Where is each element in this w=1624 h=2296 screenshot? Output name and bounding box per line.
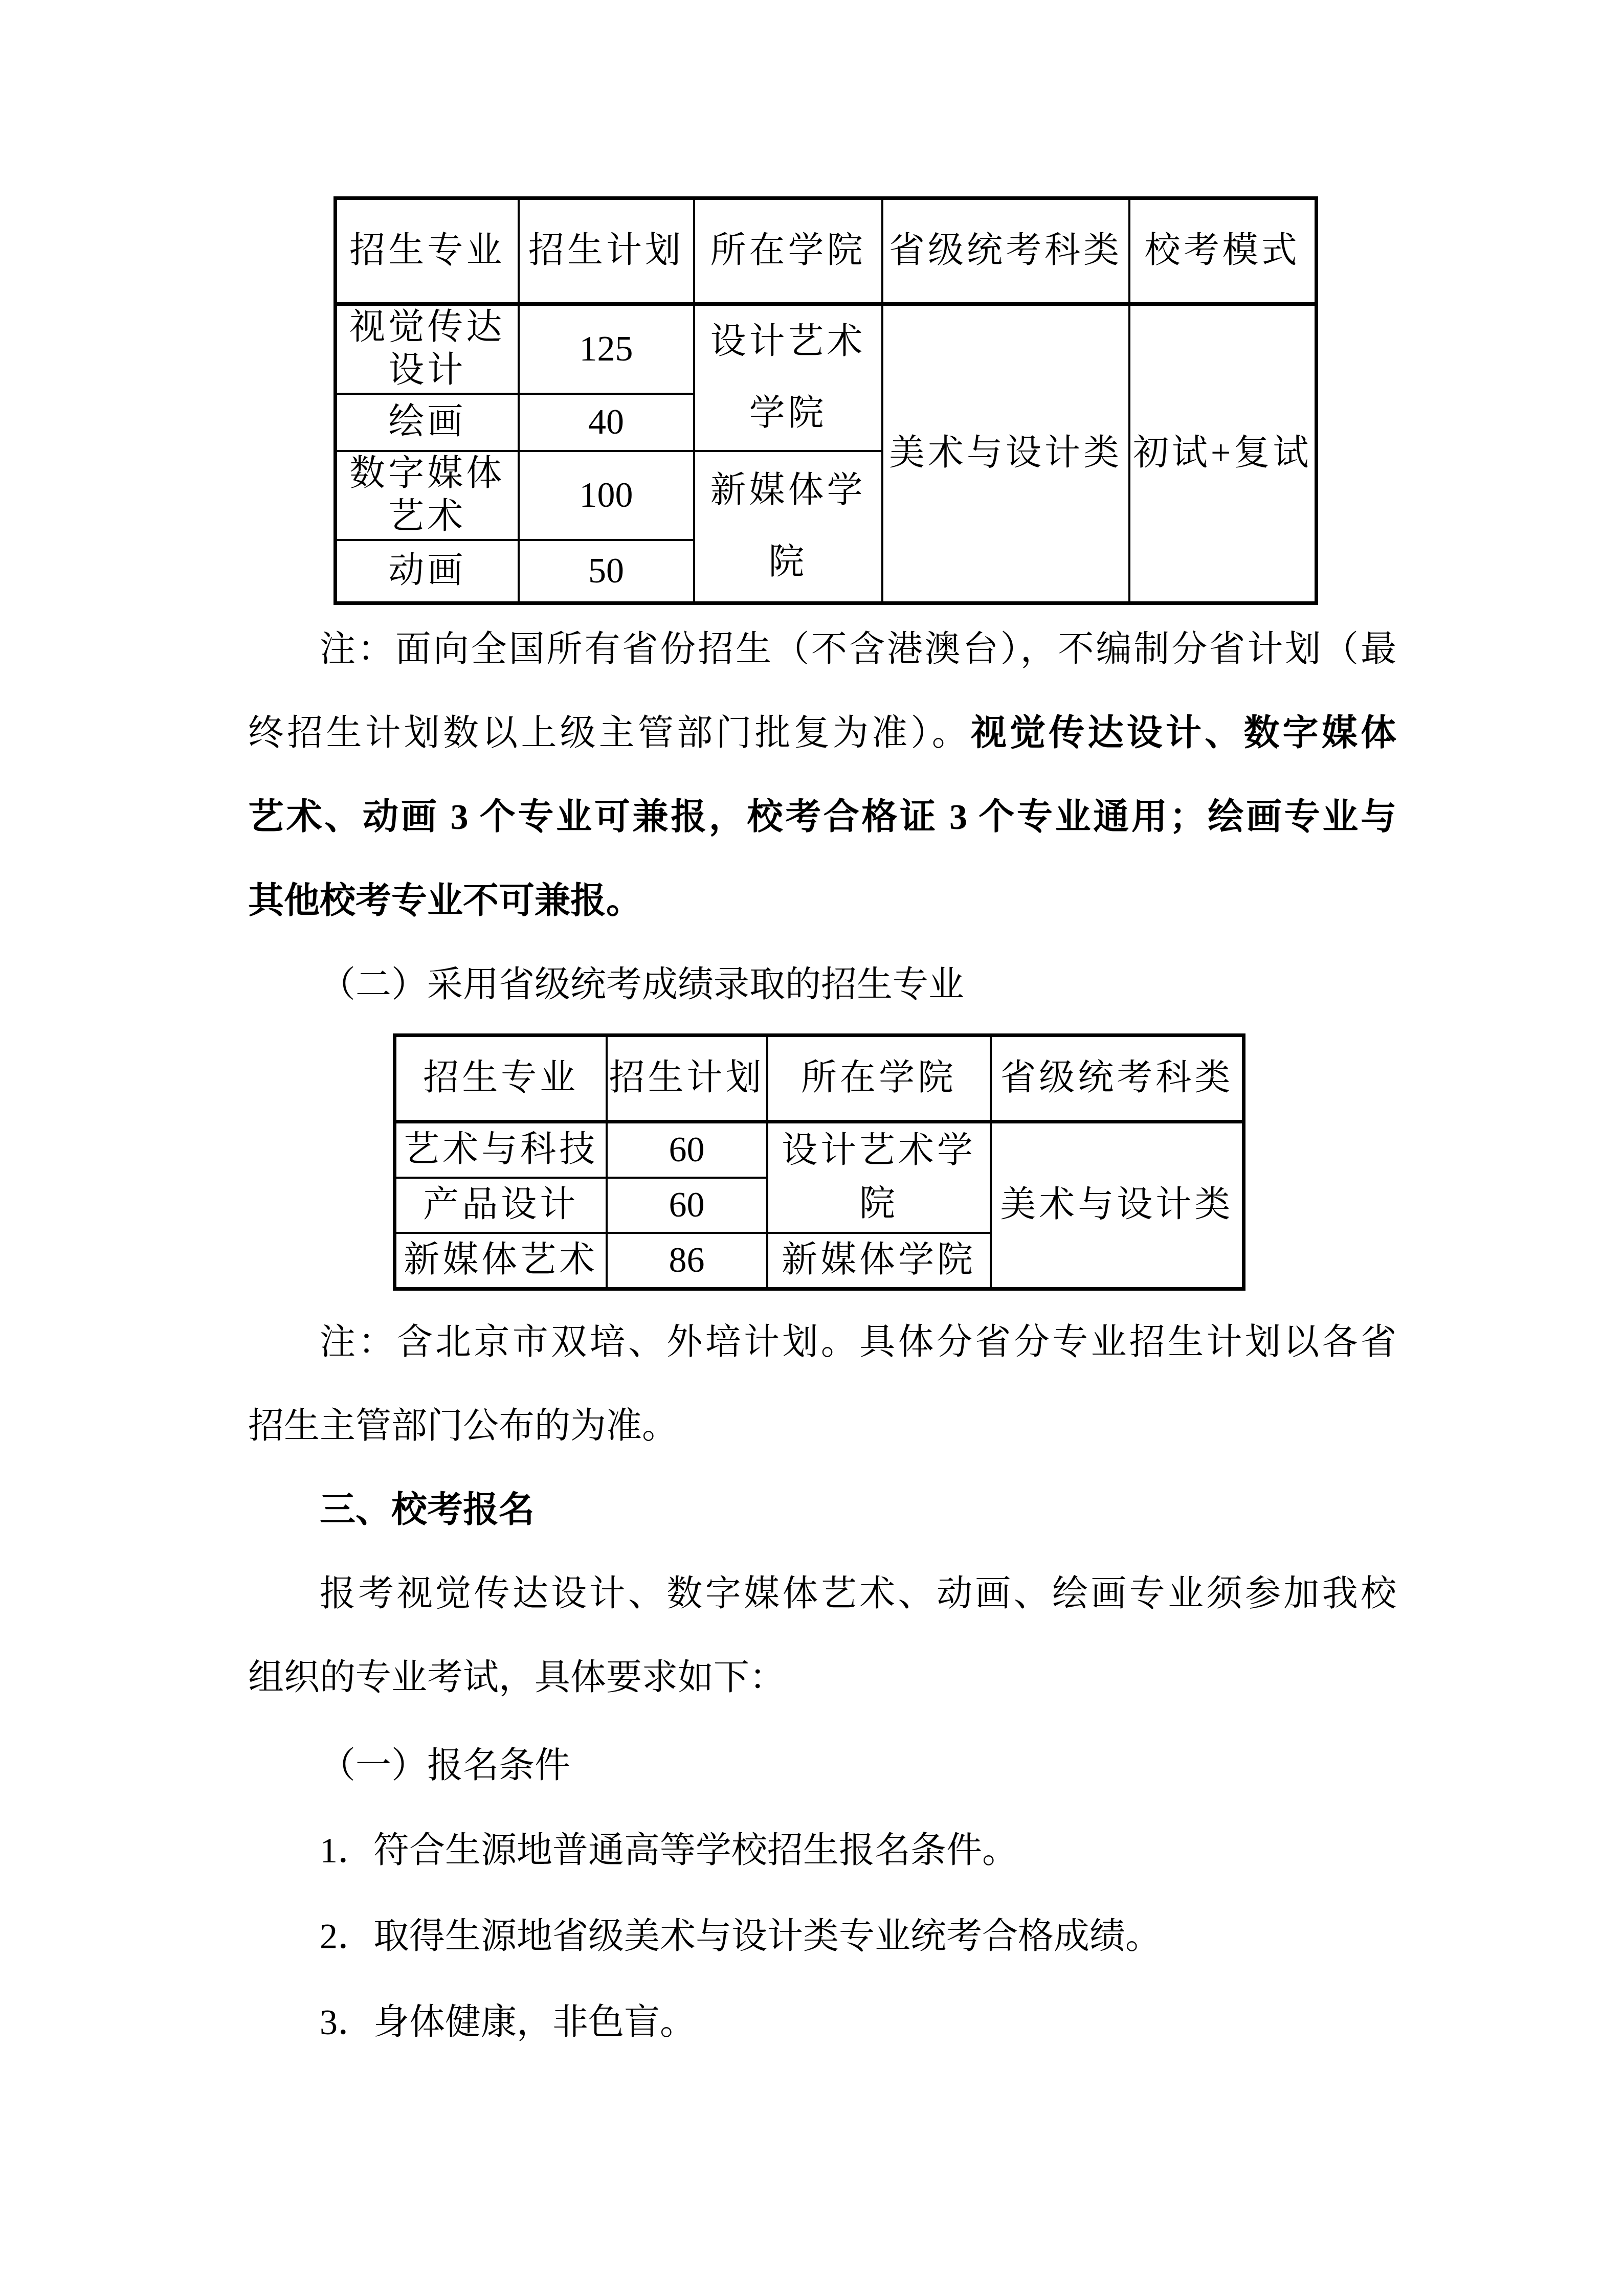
header-college: 所在学院 xyxy=(694,198,882,304)
note-campus-exam: 注：面向全国所有省份招生（不含港澳台），不编制分省计划（最终招生计划数以上级主管… xyxy=(248,608,1396,943)
text-line: 注：含北京市双培、外培计划。具体分省分专业招生计划以各省 xyxy=(248,1301,1396,1385)
text-segment: 2．取得生源地省级美术与设计类专业统考合格成绩。 xyxy=(320,1917,1161,1956)
text-line: 1．符合生源地普通高等学校招生报名条件。 xyxy=(248,1808,1396,1894)
header-college: 所在学院 xyxy=(767,1036,991,1122)
text-line: 注：面向全国所有省份招生（不含港澳台），不编制分省计划（最 xyxy=(248,608,1396,692)
bold-text-segment: 其他校考专业不可兼报。 xyxy=(248,882,642,921)
text-segment: 组织的专业考试，具体要求如下： xyxy=(248,1658,785,1698)
cell-major: 数字媒体艺术 xyxy=(336,451,519,540)
text-line: 终招生计划数以上级主管部门批复为准）。视觉传达设计、数字媒体 xyxy=(248,692,1396,776)
cell-plan: 100 xyxy=(519,451,694,540)
text-line: 组织的专业考试，具体要求如下： xyxy=(248,1636,1396,1720)
document-content: 招生专业 招生计划 所在学院 省级统考科类 校考模式 视觉传达设计 125 设计… xyxy=(0,0,1624,2066)
header-plan: 招生计划 xyxy=(519,198,694,304)
cell-major: 新媒体艺术 xyxy=(395,1233,607,1289)
text-line: 艺术、动画 3 个专业可兼报，校考合格证 3 个专业通用；绘画专业与 xyxy=(248,776,1396,860)
cell-major: 动画 xyxy=(336,540,519,603)
cell-college: 新媒体学院 xyxy=(767,1233,991,1289)
cell-major: 艺术与科技 xyxy=(395,1122,607,1178)
header-provincial-exam-category: 省级统考科类 xyxy=(882,198,1129,304)
cell-exam-category: 美术与设计类 xyxy=(991,1122,1244,1289)
header-provincial-exam-category: 省级统考科类 xyxy=(991,1036,1244,1122)
text-segment: 注：面向全国所有省份招生（不含港澳台），不编制分省计划（最 xyxy=(320,630,1396,669)
header-plan: 招生计划 xyxy=(607,1036,767,1122)
provincial-exam-majors-table: 招生专业 招生计划 所在学院 省级统考科类 艺术与科技 60 设计艺术学院 美术… xyxy=(393,1033,1245,1291)
bold-text-segment: 艺术、动画 3 个专业可兼报，校考合格证 3 个专业通用；绘画专业与 xyxy=(248,798,1396,837)
note-provincial-exam: 注：含北京市双培、外培计划。具体分省分专业招生计划以各省招生主管部门公布的为准。 xyxy=(248,1301,1396,1469)
text-line: 3．身体健康，非色盲。 xyxy=(248,1980,1396,2066)
cell-college: 设计艺术学院 xyxy=(694,304,882,452)
header-major: 招生专业 xyxy=(395,1036,607,1122)
text-segment: 1．符合生源地普通高等学校招生报名条件。 xyxy=(320,1831,1018,1871)
cell-plan: 125 xyxy=(519,304,694,394)
table-row: 视觉传达设计 125 设计艺术学院 美术与设计类 初试+复试 xyxy=(336,304,1317,394)
cell-major: 产品设计 xyxy=(395,1178,607,1233)
table-row: 艺术与科技 60 设计艺术学院 美术与设计类 xyxy=(395,1122,1244,1178)
campus-exam-majors-table: 招生专业 招生计划 所在学院 省级统考科类 校考模式 视觉传达设计 125 设计… xyxy=(333,196,1318,605)
cell-plan: 50 xyxy=(519,540,694,603)
cell-major: 绘画 xyxy=(336,394,519,451)
text-line: 报考视觉传达设计、数字媒体艺术、动画、绘画专业须参加我校 xyxy=(248,1552,1396,1636)
text-line: 其他校考专业不可兼报。 xyxy=(248,860,1396,943)
subsection-heading-provincial-exam: （二）采用省级统考成绩录取的招生专业 xyxy=(248,943,1396,1027)
text-line: 招生主管部门公布的为准。 xyxy=(248,1385,1396,1469)
paragraph-exam-registration: 报考视觉传达设计、数字媒体艺术、动画、绘画专业须参加我校组织的专业考试，具体要求… xyxy=(248,1552,1396,1720)
text-segment: 3．身体健康，非色盲。 xyxy=(320,2003,696,2042)
text-segment: 报考视觉传达设计、数字媒体艺术、动画、绘画专业须参加我校 xyxy=(320,1574,1396,1614)
cell-major: 视觉传达设计 xyxy=(336,304,519,394)
cell-college: 设计艺术学院 xyxy=(767,1122,991,1233)
cell-exam-mode: 初试+复试 xyxy=(1129,304,1317,603)
cell-exam-category: 美术与设计类 xyxy=(882,304,1129,603)
section-heading-exam-registration: 三、校考报名 xyxy=(248,1469,1396,1552)
document-page: 招生专业 招生计划 所在学院 省级统考科类 校考模式 视觉传达设计 125 设计… xyxy=(0,0,1624,2296)
cell-plan: 60 xyxy=(607,1178,767,1233)
text-segment: 终招生计划数以上级主管部门批复为准）。 xyxy=(248,714,971,753)
cell-plan: 86 xyxy=(607,1233,767,1289)
table-header-row: 招生专业 招生计划 所在学院 省级统考科类 xyxy=(395,1036,1244,1122)
text-segment: 注：含北京市双培、外培计划。具体分省分专业招生计划以各省 xyxy=(320,1323,1396,1362)
cell-college: 新媒体学院 xyxy=(694,451,882,603)
bold-text-segment: 视觉传达设计、数字媒体 xyxy=(971,714,1396,753)
registration-conditions-list: 1．符合生源地普通高等学校招生报名条件。2．取得生源地省级美术与设计类专业统考合… xyxy=(248,1808,1396,2066)
cell-plan: 40 xyxy=(519,394,694,451)
header-major: 招生专业 xyxy=(336,198,519,304)
header-exam-mode: 校考模式 xyxy=(1129,198,1317,304)
subsection-heading-registration-conditions: （一）报名条件 xyxy=(248,1724,1396,1808)
text-segment: 招生主管部门公布的为准。 xyxy=(248,1407,678,1446)
text-line: 2．取得生源地省级美术与设计类专业统考合格成绩。 xyxy=(248,1894,1396,1980)
table-header-row: 招生专业 招生计划 所在学院 省级统考科类 校考模式 xyxy=(336,198,1317,304)
cell-plan: 60 xyxy=(607,1122,767,1178)
